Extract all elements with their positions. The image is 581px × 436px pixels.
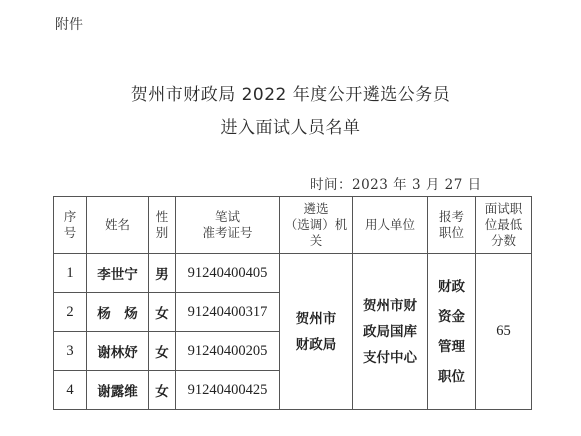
cell-gender: 女 <box>149 371 176 410</box>
table-header-row: 序 号 姓名 性 别 笔试 准考证号 遴选 （选调）机 关 用人单位 报考 职位… <box>54 197 532 254</box>
cell-gender: 女 <box>149 332 176 371</box>
date-label: 时间：2023 年 3 月 27 日 <box>310 173 482 193</box>
cell-exam-id: 91240400405 <box>176 254 280 293</box>
header-position: 报考 职位 <box>428 197 476 254</box>
header-min-score: 面试职 位最低 分数 <box>476 197 532 254</box>
cell-name: 杨 炀 <box>87 293 149 332</box>
header-employer: 用人单位 <box>353 197 428 254</box>
document-title-line1: 贺州市财政局 2022 年度公开遴选公务员 <box>0 80 581 105</box>
cell-seq: 1 <box>54 254 87 293</box>
attachment-label: 附件 <box>55 14 83 34</box>
cell-min-score: 65 <box>476 254 532 410</box>
cell-agency: 贺州市 财政局 <box>280 254 353 410</box>
header-exam-id: 笔试 准考证号 <box>176 197 280 254</box>
interview-candidates-table: 序 号 姓名 性 别 笔试 准考证号 遴选 （选调）机 关 用人单位 报考 职位… <box>53 196 532 410</box>
cell-name: 谢露维 <box>87 371 149 410</box>
header-name: 姓名 <box>87 197 149 254</box>
header-agency: 遴选 （选调）机 关 <box>280 197 353 254</box>
cell-employer: 贺州市财 政局国库 支付中心 <box>353 254 428 410</box>
header-gender: 性 别 <box>149 197 176 254</box>
cell-gender: 女 <box>149 293 176 332</box>
cell-name: 李世宁 <box>87 254 149 293</box>
cell-exam-id: 91240400205 <box>176 332 280 371</box>
cell-seq: 4 <box>54 371 87 410</box>
header-seq: 序 号 <box>54 197 87 254</box>
cell-seq: 2 <box>54 293 87 332</box>
cell-exam-id: 91240400317 <box>176 293 280 332</box>
cell-gender: 男 <box>149 254 176 293</box>
cell-exam-id: 91240400425 <box>176 371 280 410</box>
cell-name: 谢林妤 <box>87 332 149 371</box>
document-title-line2: 进入面试人员名单 <box>0 113 581 138</box>
table-row: 1 李世宁 男 91240400405 贺州市 财政局 贺州市财 政局国库 支付… <box>54 254 532 293</box>
cell-seq: 3 <box>54 332 87 371</box>
cell-position: 财政 资金 管理 职位 <box>428 254 476 410</box>
